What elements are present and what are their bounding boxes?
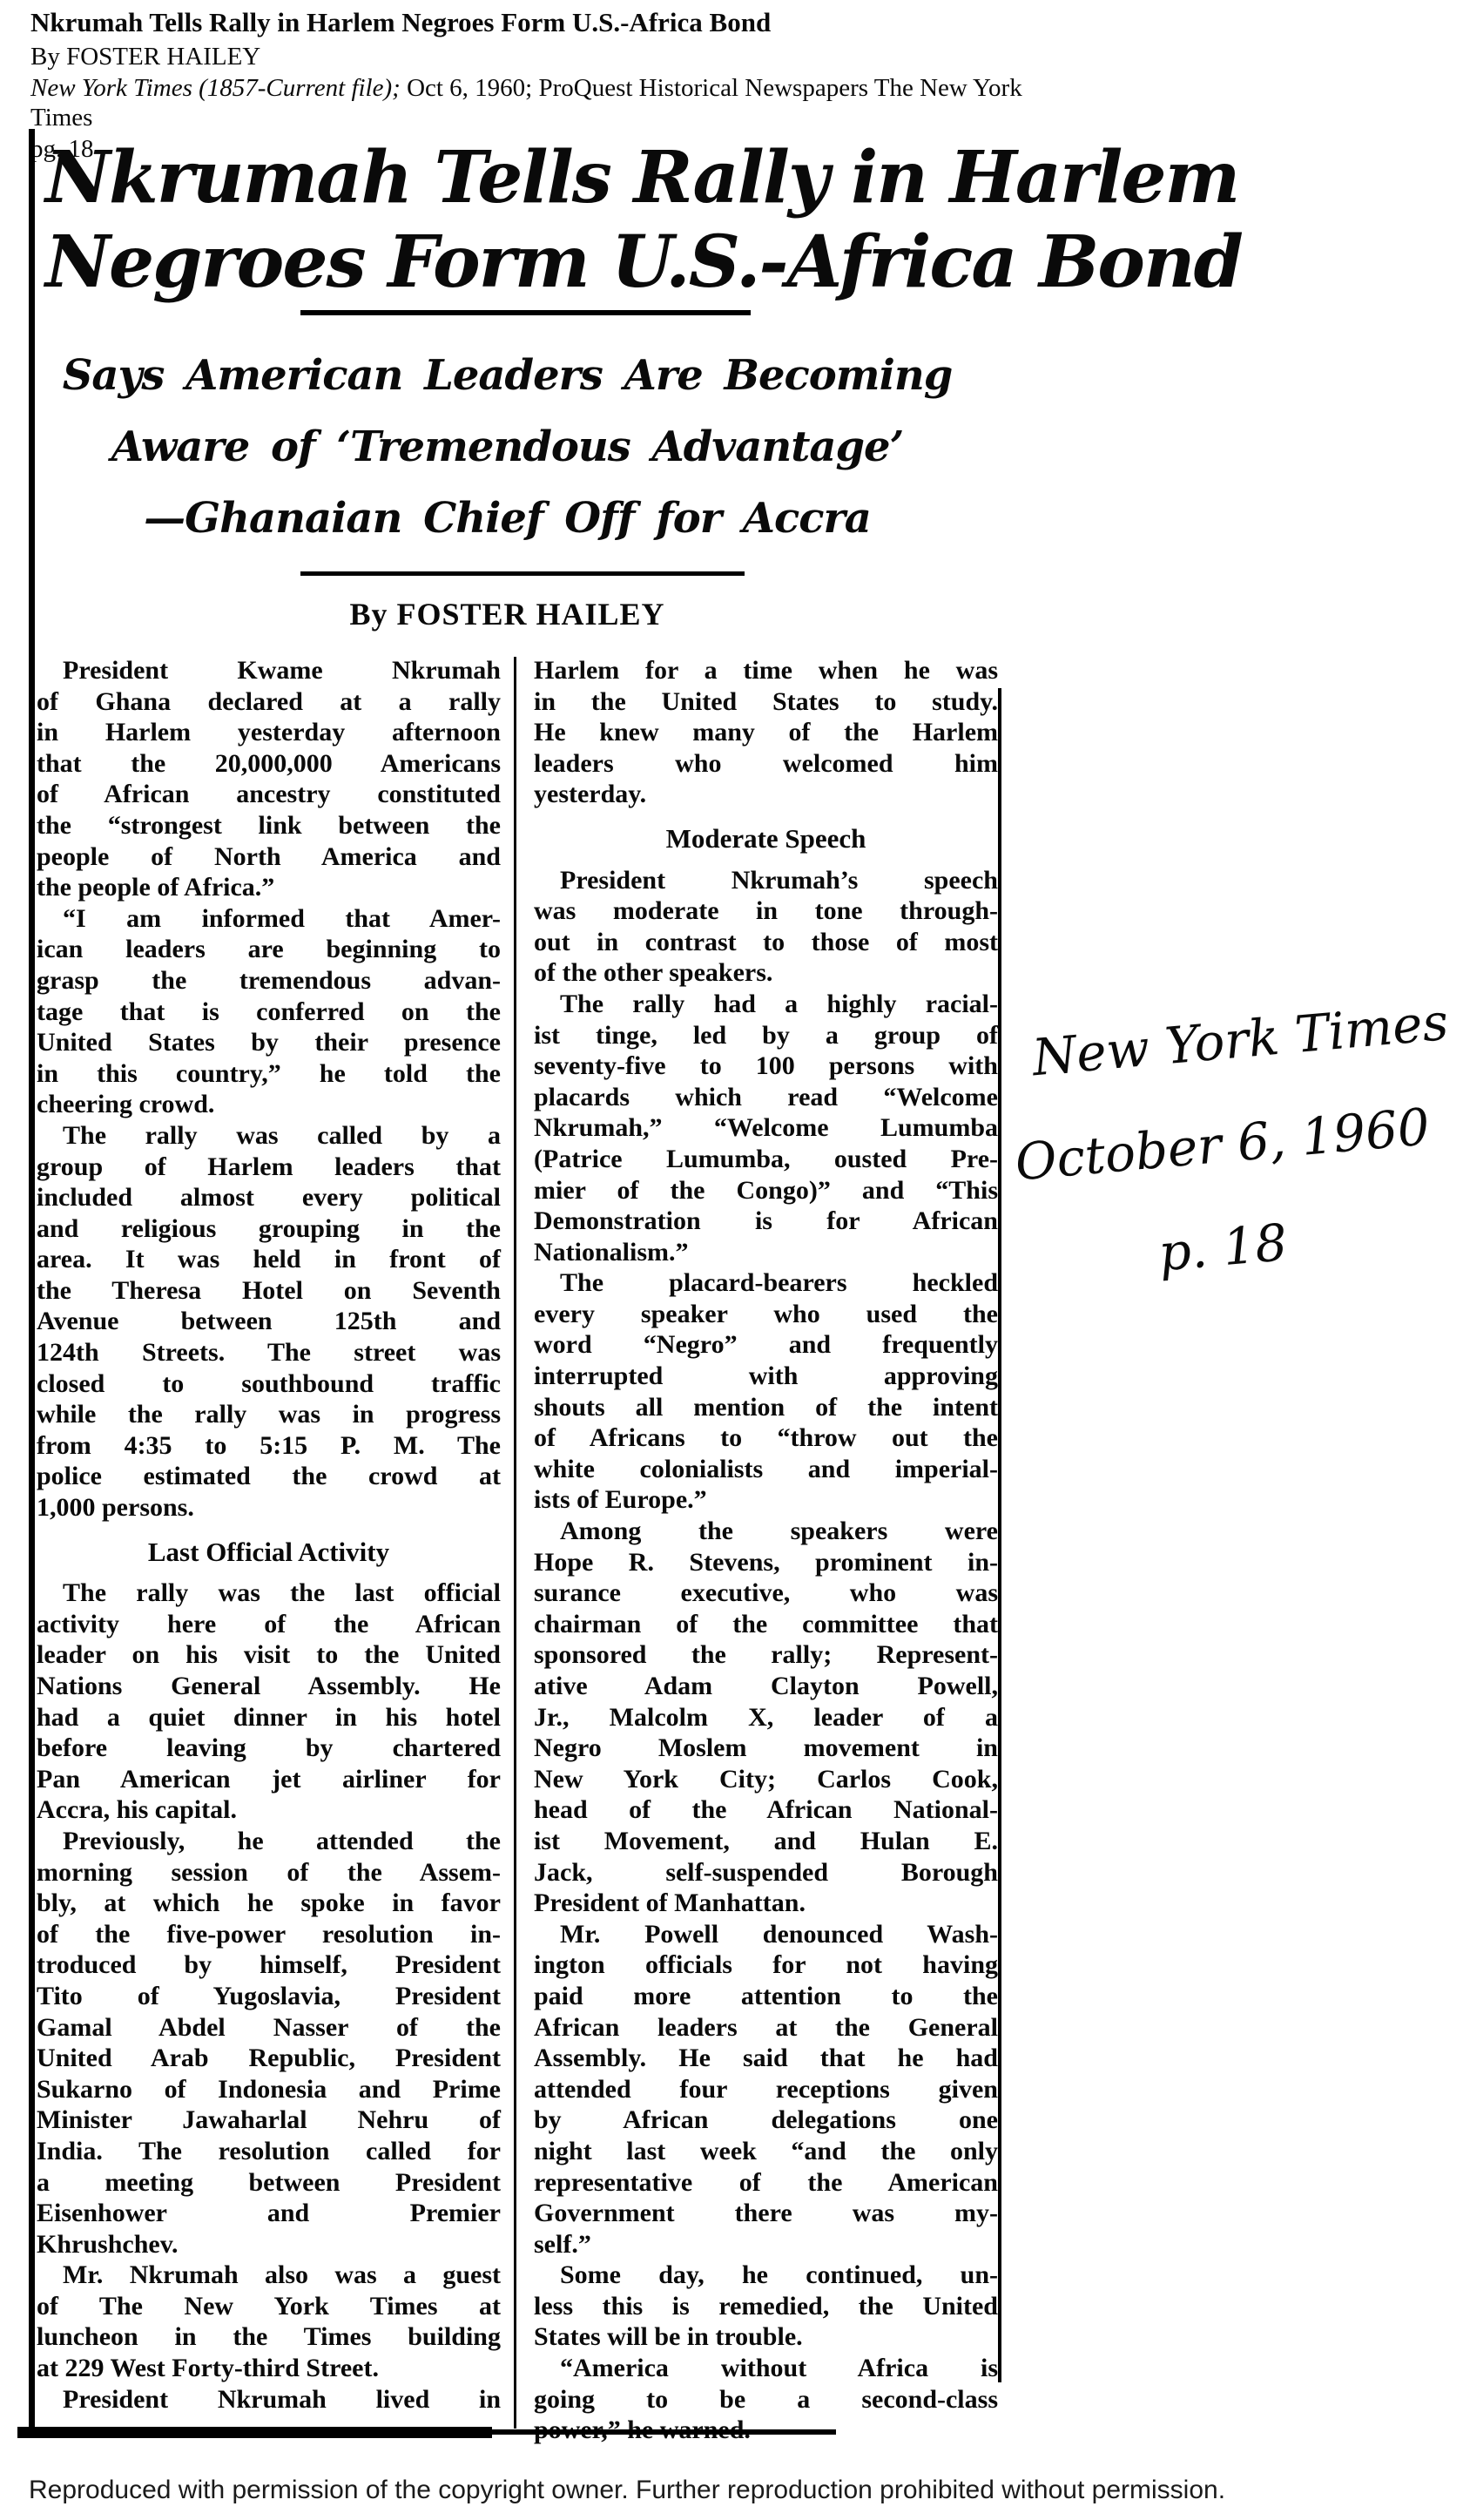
text-line: of African ancestry constituted [37, 779, 501, 810]
article-right-border-rule [998, 688, 1001, 2382]
headline-line-2: Negroes Form U.S.-Africa Bond [45, 220, 1003, 305]
text-line: cheering crowd. [37, 1089, 501, 1120]
text-line: at 229 West Forty-third Street. [37, 2353, 501, 2384]
headline-divider-rule [300, 310, 751, 315]
text-line: sponsored the rally; Represent- [534, 1639, 998, 1671]
text-line: Demonstration is for African [534, 1206, 998, 1237]
text-line: night last week “and the only [534, 2136, 998, 2167]
text-line: less this is remedied, the United [534, 2291, 998, 2322]
text-line: in this country,” he told the [37, 1058, 501, 1090]
text-line: New York City; Carlos Cook, [534, 1764, 998, 1795]
text-line: Harlem for a time when he was [534, 655, 998, 686]
text-line: placards which read “Welcome [534, 1082, 998, 1113]
text-line: by African delegations one [534, 2105, 998, 2136]
text-line: before leaving by chartered [37, 1733, 501, 1764]
text-line: that the 20,000,000 Americans [37, 748, 501, 780]
text-line: yesterday. [534, 779, 998, 810]
text-line: Tito of Yugoslavia, President [37, 1981, 501, 2012]
text-line: United States by their presence [37, 1027, 501, 1058]
paragraph: The placard-bearers heckledevery speaker… [534, 1267, 998, 1516]
paragraph: Harlem for a time when he wasin the Unit… [534, 655, 998, 810]
text-line: surance executive, who was [534, 1578, 998, 1609]
text-line: ist Movement, and Hulan E. [534, 1826, 998, 1857]
text-line: Avenue between 125th and [37, 1306, 501, 1337]
text-line: Jack, self-suspended Borough [534, 1857, 998, 1888]
text-line: Khrushchev. [37, 2229, 501, 2260]
paragraph: Previously, he attended themorning sessi… [37, 1826, 501, 2260]
provenance-source: New York Times (1857-Current file); Oct … [30, 73, 1075, 132]
right-column: Harlem for a time when he wasin the Unit… [534, 655, 998, 2446]
text-line: President Nkrumah’s speech [534, 865, 998, 896]
text-line: “America without Africa is [534, 2353, 998, 2384]
text-line: self.” [534, 2229, 998, 2260]
column-divider-rule [514, 657, 516, 2429]
handwritten-citation-note: New York Times October 6, 1960 p. 18 [1002, 969, 1463, 1316]
text-line: Nations General Assembly. He [37, 1671, 501, 1702]
paragraph: The rally was the last officialactivity … [37, 1578, 501, 1826]
text-line: representative of the American [534, 2167, 998, 2199]
text-line: the “strongest link between the [37, 810, 501, 841]
text-line: white colonialists and imperial- [534, 1454, 998, 1485]
text-line: closed to southbound traffic [37, 1368, 501, 1400]
article-headline: Nkrumah Tells Rally in Harlem Negroes Fo… [45, 136, 1003, 305]
byline-divider-rule [300, 571, 745, 576]
headline-line-1: Nkrumah Tells Rally in Harlem [45, 136, 1003, 220]
paragraph: President Kwame Nkrumahof Ghana declared… [37, 655, 501, 903]
text-line: group of Harlem leaders that [37, 1152, 501, 1183]
text-line: had a quiet dinner in his hotel [37, 1702, 501, 1733]
text-line: going to be a second-class [534, 2384, 998, 2415]
text-line: Accra, his capital. [37, 1794, 501, 1826]
text-line: of Africans to “throw out the [534, 1422, 998, 1454]
text-line: President Nkrumah lived in [37, 2384, 501, 2415]
text-line: The rally was the last official [37, 1578, 501, 1609]
text-line: The rally was called by a [37, 1120, 501, 1152]
text-line: out in contrast to those of most [534, 927, 998, 958]
text-line: chairman of the committee that [534, 1609, 998, 1640]
text-line: bly, at which he spoke in favor [37, 1888, 501, 1919]
provenance-title: Nkrumah Tells Rally in Harlem Negroes Fo… [30, 7, 1075, 39]
text-line: leader on his visit to the United [37, 1639, 501, 1671]
text-line: Mr. Nkrumah also was a guest [37, 2260, 501, 2291]
text-line: 124th Streets. The street was [37, 1337, 501, 1368]
text-line: The rally had a highly racial- [534, 989, 998, 1020]
text-line: Some day, he continued, un- [534, 2260, 998, 2291]
text-line: The placard-bearers heckled [534, 1267, 998, 1299]
text-line: people of North America and [37, 841, 501, 873]
text-line: Assembly. He said that he had [534, 2043, 998, 2074]
text-line: leaders who welcomed him [534, 748, 998, 780]
paragraph: “I am informed that Amer-ican leaders ar… [37, 903, 501, 1120]
text-line: while the rally was in progress [37, 1399, 501, 1430]
text-line: Among the speakers were [534, 1516, 998, 1547]
paragraph: Mr. Nkrumah also was a guestof The New Y… [37, 2260, 501, 2383]
text-line: Pan American jet airliner for [37, 1764, 501, 1795]
text-line: tage that is conferred on the [37, 997, 501, 1028]
provenance-byline: By FOSTER HAILEY [30, 42, 1075, 71]
text-line: “I am informed that Amer- [37, 903, 501, 935]
copyright-footer: Reproduced with permission of the copyri… [29, 2476, 1248, 2505]
article-bottom-rule-thick [17, 2427, 492, 2438]
text-line: Nationalism.” [534, 1237, 998, 1268]
text-line: attended four receptions given [534, 2074, 998, 2105]
text-line: interrupted with approving [534, 1361, 998, 1392]
text-line: activity here of the African [37, 1609, 501, 1640]
text-line: (Patrice Lumumba, ousted Pre- [534, 1144, 998, 1175]
article-byline: By FOSTER HAILEY [26, 596, 988, 632]
text-line: was moderate in tone through- [534, 895, 998, 927]
text-line: in the United States to study. [534, 686, 998, 718]
text-line: ington officials for not having [534, 1949, 998, 1981]
text-line: morning session of the Assem- [37, 1857, 501, 1888]
text-line: luncheon in the Times building [37, 2321, 501, 2353]
paragraph: The rally was called by agroup of Harlem… [37, 1120, 501, 1523]
paragraph: Mr. Powell denounced Wash-ington officia… [534, 1919, 998, 2260]
column-subhead: Last Official Activity [37, 1537, 501, 1568]
text-line: of the other speakers. [534, 957, 998, 989]
text-line: Previously, he attended the [37, 1826, 501, 1857]
text-line: area. It was held in front of [37, 1244, 501, 1275]
text-line: troduced by himself, President [37, 1949, 501, 1981]
text-line: head of the African National- [534, 1794, 998, 1826]
text-line: Mr. Powell denounced Wash- [534, 1919, 998, 1950]
paragraph: President Nkrumah’s speechwas moderate i… [534, 865, 998, 989]
paragraph: President Nkrumah lived in [37, 2384, 501, 2415]
text-line: the Theresa Hotel on Seventh [37, 1275, 501, 1307]
text-line: President of Manhattan. [534, 1888, 998, 1919]
text-line: ican leaders are beginning to [37, 934, 501, 965]
text-line: included almost every political [37, 1182, 501, 1213]
text-line: word “Negro” and frequently [534, 1329, 998, 1361]
article-subhead: Says American Leaders Are Becoming Aware… [26, 340, 988, 554]
provenance-source-name: New York Times (1857-Current file); [30, 74, 401, 102]
text-line: police estimated the crowd at [37, 1461, 501, 1492]
scanned-newspaper-page: Nkrumah Tells Rally in Harlem Negroes Fo… [0, 0, 1463, 2520]
paragraph: The rally had a highly racial-ist tinge,… [534, 989, 998, 1267]
text-line: from 4:35 to 5:15 P. M. The [37, 1430, 501, 1462]
text-line: India. The resolution called for [37, 2136, 501, 2167]
text-line: Government there was my- [534, 2198, 998, 2229]
text-line: shouts all mention of the intent [534, 1392, 998, 1423]
article-bottom-rule-thin [488, 2429, 836, 2435]
text-line: Negro Moslem movement in [534, 1733, 998, 1764]
text-line: Sukarno of Indonesia and Prime [37, 2074, 501, 2105]
subhead-line-3: —Ghanaian Chief Off for Accra [26, 483, 988, 554]
text-line: seventy-five to 100 persons with [534, 1051, 998, 1082]
text-line: States will be in trouble. [534, 2321, 998, 2353]
text-line: paid more attention to the [534, 1981, 998, 2012]
text-line: mier of the Congo)” and “This [534, 1175, 998, 1206]
text-line: every speaker who used the [534, 1299, 998, 1330]
text-line: of Ghana declared at a rally [37, 686, 501, 718]
text-line: United Arab Republic, President [37, 2043, 501, 2074]
text-line: President Kwame Nkrumah [37, 655, 501, 686]
text-line: a meeting between President [37, 2167, 501, 2199]
text-line: Gamal Abdel Nasser of the [37, 2012, 501, 2044]
text-line: Hope R. Stevens, prominent in- [534, 1547, 998, 1578]
text-line: of the five-power resolution in- [37, 1919, 501, 1950]
text-line: the people of Africa.” [37, 872, 501, 903]
text-line: grasp the tremendous advan- [37, 965, 501, 997]
text-line: and religious grouping in the [37, 1213, 501, 1245]
text-line: ists of Europe.” [534, 1484, 998, 1516]
column-subhead: Moderate Speech [534, 823, 998, 855]
subhead-line-2: Aware of ‘Tremendous Advantage’ [26, 411, 988, 483]
subhead-line-1: Says American Leaders Are Becoming [26, 340, 988, 411]
text-line: Nkrumah,” “Welcome Lumumba [534, 1112, 998, 1144]
text-line: ative Adam Clayton Powell, [534, 1671, 998, 1702]
text-line: in Harlem yesterday afternoon [37, 717, 501, 748]
text-line: 1,000 persons. [37, 1492, 501, 1523]
text-line: ist tinge, led by a group of [534, 1020, 998, 1051]
paragraph: Among the speakers wereHope R. Stevens, … [534, 1516, 998, 1919]
text-line: He knew many of the Harlem [534, 717, 998, 748]
text-line: Eisenhower and Premier [37, 2198, 501, 2229]
paragraph: Some day, he continued, un-less this is … [534, 2260, 998, 2353]
article-body: President Kwame Nkrumahof Ghana declared… [37, 655, 998, 2446]
left-column: President Kwame Nkrumahof Ghana declared… [37, 655, 501, 2446]
text-line: Minister Jawaharlal Nehru of [37, 2105, 501, 2136]
text-line: of The New York Times at [37, 2291, 501, 2322]
text-line: African leaders at the General [534, 2012, 998, 2044]
text-line: Jr., Malcolm X, leader of a [534, 1702, 998, 1733]
